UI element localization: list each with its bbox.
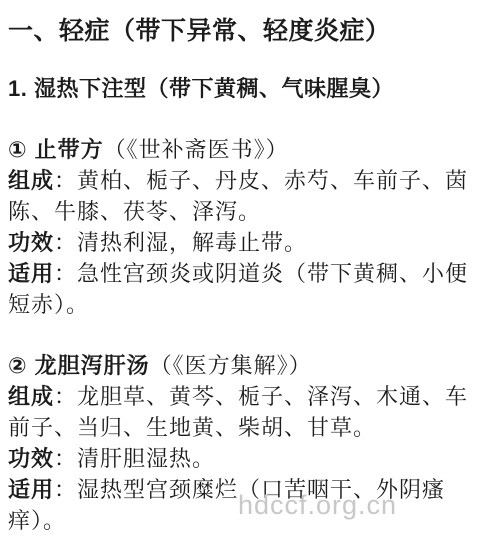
composition-label: 组成 xyxy=(8,168,54,193)
formula-title: ①止带方（《世补斋医书》） xyxy=(8,134,490,165)
tcm-document-page: 一、轻症（带下异常、轻度炎症） 1. 湿热下注型（带下黄稠、气味腥臭） ①止带方… xyxy=(0,0,500,536)
formula-number: ② xyxy=(8,353,28,378)
composition-value: 龙胆草、黄芩、栀子、泽泻、木通、车前子、当归、生地黄、柴胡、甘草。 xyxy=(8,384,468,440)
indication-line: 适用：湿热型宫颈糜烂（口苦咽干、外阴瘙痒）。 xyxy=(8,474,490,536)
colon: ： xyxy=(54,230,77,255)
formula-source: （《医方集解》） xyxy=(150,353,312,378)
efficacy-label: 功效 xyxy=(8,230,54,255)
indication-label: 适用 xyxy=(8,477,54,502)
formula-name: 止带方 xyxy=(35,137,104,162)
composition-line: 组成：龙胆草、黄芩、栀子、泽泻、木通、车前子、当归、生地黄、柴胡、甘草。 xyxy=(8,381,490,443)
colon: ： xyxy=(54,384,77,409)
formula-number: ① xyxy=(8,137,28,162)
efficacy-line: 功效：清热利湿，解毒止带。 xyxy=(8,227,490,258)
efficacy-value: 清热利湿，解毒止带。 xyxy=(77,230,307,255)
indication-line: 适用：急性宫颈炎或阴道炎（带下黄稠、小便短赤）。 xyxy=(8,258,490,320)
efficacy-line: 功效：清肝胆湿热。 xyxy=(8,443,490,474)
efficacy-value: 清肝胆湿热。 xyxy=(77,446,215,471)
indication-value: 急性宫颈炎或阴道炎（带下黄稠、小便短赤）。 xyxy=(8,261,468,317)
colon: ： xyxy=(54,477,77,502)
syndrome-subheading: 1. 湿热下注型（带下黄稠、气味腥臭） xyxy=(8,74,490,104)
colon: ： xyxy=(54,446,77,471)
composition-value: 黄柏、栀子、丹皮、赤芍、车前子、茵陈、牛膝、茯苓、泽泻。 xyxy=(8,168,468,224)
composition-label: 组成 xyxy=(8,384,54,409)
colon: ： xyxy=(54,168,77,193)
composition-line: 组成：黄柏、栀子、丹皮、赤芍、车前子、茵陈、牛膝、茯苓、泽泻。 xyxy=(8,165,490,227)
colon: ： xyxy=(54,261,77,286)
section-heading: 一、轻症（带下异常、轻度炎症） xyxy=(8,14,490,48)
formula-block-2: ②龙胆泻肝汤（《医方集解》） 组成：龙胆草、黄芩、栀子、泽泻、木通、车前子、当归… xyxy=(8,350,490,536)
indication-label: 适用 xyxy=(8,261,54,286)
formula-name: 龙胆泻肝汤 xyxy=(35,353,150,378)
formula-block-1: ①止带方（《世补斋医书》） 组成：黄柏、栀子、丹皮、赤芍、车前子、茵陈、牛膝、茯… xyxy=(8,134,490,320)
formula-title: ②龙胆泻肝汤（《医方集解》） xyxy=(8,350,490,381)
formula-source: （《世补斋医书》） xyxy=(104,137,289,162)
efficacy-label: 功效 xyxy=(8,446,54,471)
